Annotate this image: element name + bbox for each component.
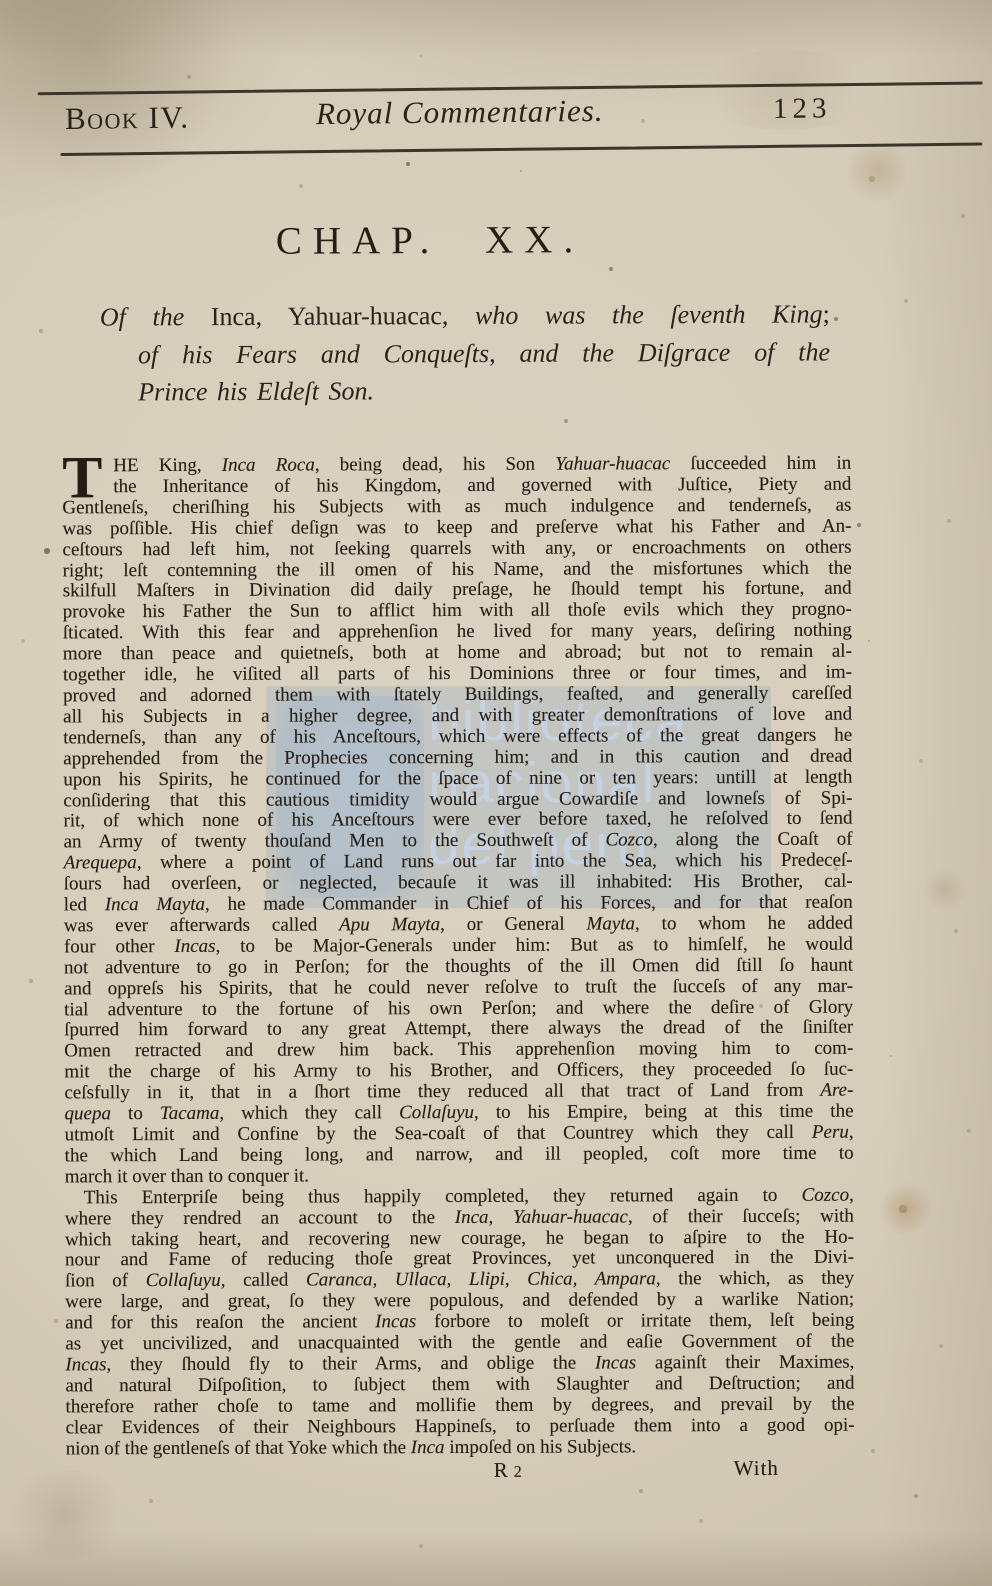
signature-mark: R2	[494, 1459, 522, 1483]
text-line: of his Fears and Conqueſts, and the Diſg…	[100, 333, 830, 374]
footer-line: R2 With	[66, 1458, 855, 1483]
page-number: 123	[773, 92, 832, 126]
bottom-edge-shading	[0, 1530, 992, 1586]
drop-cap: T	[62, 458, 106, 497]
header-rule-bottom	[60, 143, 982, 156]
text-line: Of the Inca, Yahuar-huacac, who was the …	[100, 295, 830, 336]
catchword: With	[734, 1457, 779, 1478]
text-line: Prince his Eldeſt Son.	[100, 370, 830, 411]
running-head: Book IV. Royal Commentaries. 123	[0, 90, 992, 145]
book-page-scan: biblioteca nacional del perú Book IV. Ro…	[0, 0, 992, 1586]
running-title: Royal Commentaries.	[316, 93, 604, 132]
book-number: Book IV.	[65, 100, 190, 137]
signature-number: 2	[514, 1463, 522, 1480]
chapter-heading: CHAP. XX.	[0, 216, 860, 266]
top-edge-shading	[0, 0, 992, 58]
body-text: THE King, Inca Roca, being dead, his Son…	[62, 454, 855, 1483]
paragraph: THE King, Inca Roca, being dead, his Son…	[62, 454, 854, 1188]
text-line: clear Evidences of their Neighbours Happ…	[66, 1415, 855, 1439]
text-line: the which Land being long, and narrow, a…	[65, 1144, 854, 1168]
paragraph: This Enterpriſe being thus happily compl…	[65, 1185, 855, 1460]
right-edge-shading	[882, 0, 992, 1586]
paper-speckles	[0, 0, 2, 2]
chapter-subtitle: Of the Inca, Yahuar-huacac, who was the …	[100, 295, 830, 411]
